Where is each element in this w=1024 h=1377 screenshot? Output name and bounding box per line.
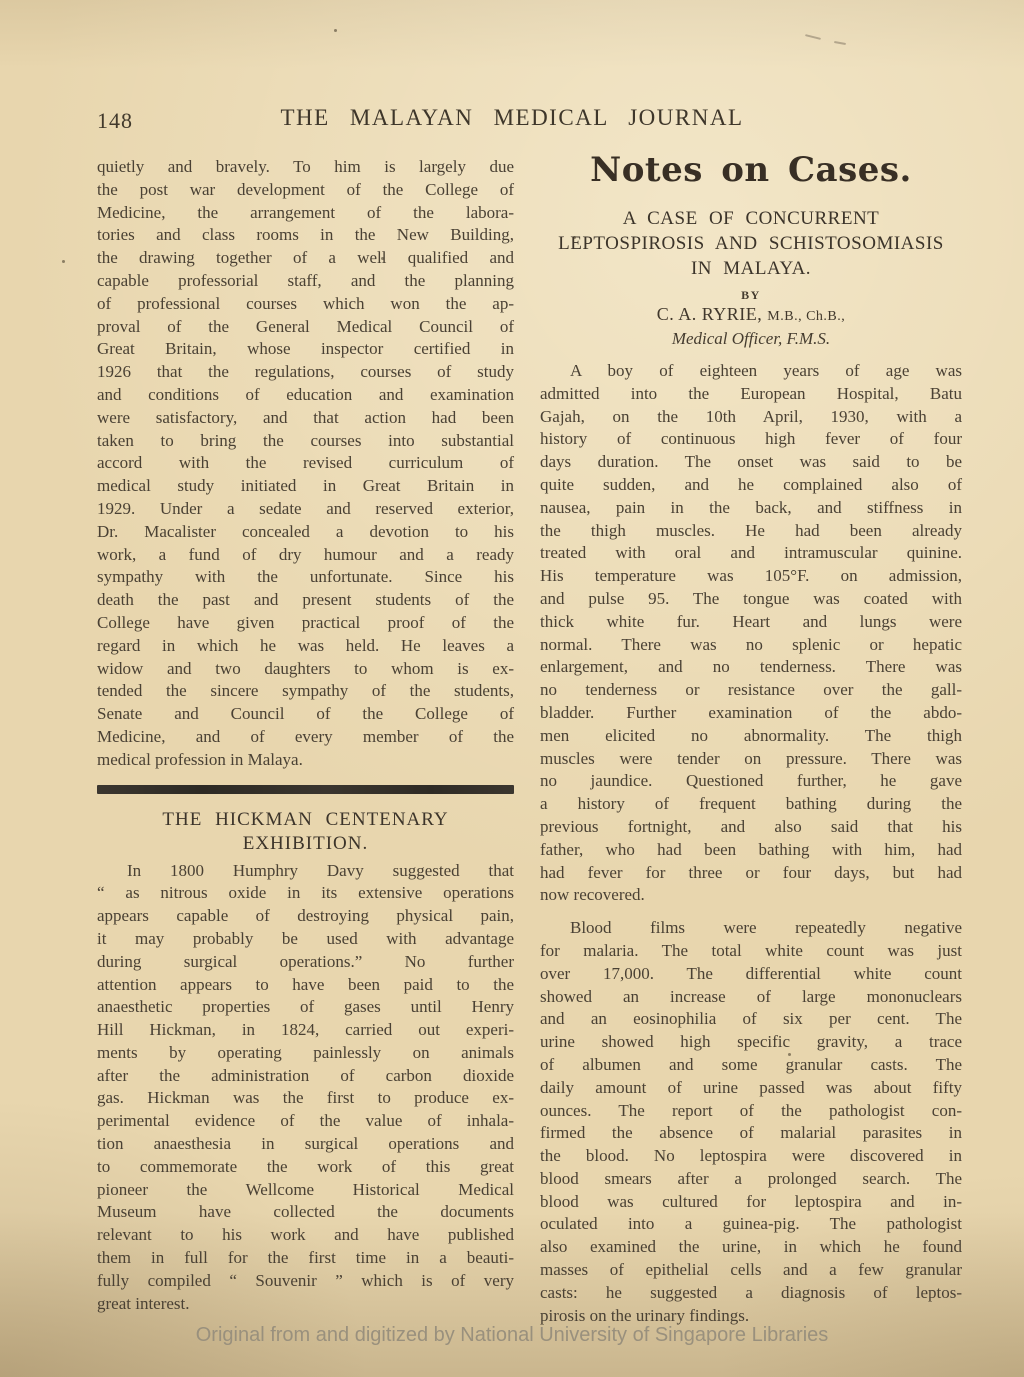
text-line: 1926 that the regulations, courses of st… <box>97 361 514 384</box>
text-line: tion anaesthesia in surgical operations … <box>97 1133 514 1156</box>
text-line: days duration. The onset was said to be <box>540 451 962 474</box>
text-line: during surgical operations.” No further <box>97 951 514 974</box>
text-line: them in full for the first time in a bea… <box>97 1247 514 1270</box>
notes-on-cases-heading: Notes on Cases. <box>540 150 962 190</box>
obituary-continuation-paragraph: quietly and bravely. To him is largely d… <box>97 156 514 772</box>
text-line: Gajah, on the 10th April, 1930, with a <box>540 406 962 429</box>
pencil-mark <box>834 41 846 45</box>
article-title-line-3: IN MALAYA. <box>540 256 962 281</box>
right-column: Notes on Cases. A CASE OF CONCURRENT LEP… <box>540 150 962 1327</box>
text-line: the post war development of the College … <box>97 179 514 202</box>
text-line: Hill Hickman, in 1824, carried out exper… <box>97 1019 514 1042</box>
text-line: also examined the urine, in which he fou… <box>540 1236 962 1259</box>
text-line: relevant to his work and have published <box>97 1224 514 1247</box>
paper-speck <box>381 257 384 260</box>
text-line: perimental evidence of the value of inha… <box>97 1110 514 1133</box>
text-line: Medicine, the arrangement of the labora- <box>97 202 514 225</box>
text-line: taken to bring the courses into substant… <box>97 430 514 453</box>
text-line: the blood. No leptospira were discovered… <box>540 1145 962 1168</box>
text-line: attention appears to have been paid to t… <box>97 974 514 997</box>
text-line: widow and two daughters to whom is ex- <box>97 658 514 681</box>
article-title-line-2: LEPTOSPIROSIS AND SCHISTOSOMIASIS <box>540 231 962 256</box>
text-line: ments by operating painlessly on animals <box>97 1042 514 1065</box>
text-line: thick white fur. Heart and lungs were <box>540 611 962 634</box>
text-line: medical study initiated in Great Britain… <box>97 475 514 498</box>
text-line: were satisfactory, and that action had b… <box>97 407 514 430</box>
text-line: fully compiled “ Souvenir ” which is of … <box>97 1270 514 1293</box>
text-line: showed an increase of large mononuclears <box>540 986 962 1009</box>
text-line: previous fortnight, and also said that h… <box>540 816 962 839</box>
text-line: of professional courses which won the ap… <box>97 293 514 316</box>
text-line: anaesthetic properties of gases until He… <box>97 996 514 1019</box>
text-line: after the administration of carbon dioxi… <box>97 1065 514 1088</box>
author-role: Medical Officer, F.M.S. <box>540 328 962 350</box>
byline-by-label: BY <box>540 287 962 303</box>
case-paragraph-2: Blood films were repeatedly negativefor … <box>540 917 962 1327</box>
text-line: quietly and bravely. To him is largely d… <box>97 156 514 179</box>
text-line: daily amount of urine passed was about f… <box>540 1077 962 1100</box>
text-line: College have given practical proof of th… <box>97 612 514 635</box>
text-line: Senate and Council of the College of <box>97 703 514 726</box>
text-line: regard in which he was held. He leaves a <box>97 635 514 658</box>
text-line: and pulse 95. The tongue was coated with <box>540 588 962 611</box>
text-line: “ as nitrous oxide in its extensive oper… <box>97 882 514 905</box>
case-paragraph-1: A boy of eighteen years of age wasadmitt… <box>540 360 962 907</box>
text-line: and an eosinophilia of six per cent. The <box>540 1008 962 1031</box>
paper-speck <box>573 236 576 239</box>
text-line: father, who had been bathing with him, h… <box>540 839 962 862</box>
hickman-heading-line-2: EXHIBITION. <box>97 832 514 856</box>
text-line: Blood films were repeatedly negative <box>540 917 962 940</box>
text-line: masses of epithelial cells and a few gra… <box>540 1259 962 1282</box>
text-line: 1929. Under a sedate and reserved exteri… <box>97 498 514 521</box>
text-line: had fever for three or four days, but ha… <box>540 862 962 885</box>
text-line: A boy of eighteen years of age was <box>540 360 962 383</box>
text-line: In 1800 Humphry Davy suggested that <box>97 860 514 883</box>
author-degrees: M.B., Ch.B., <box>767 309 845 324</box>
text-line: blood was cultured for leptospira and in… <box>540 1191 962 1214</box>
text-line: over 17,000. The differential white coun… <box>540 963 962 986</box>
text-line: the drawing together of a well qualified… <box>97 247 514 270</box>
text-line: Medicine, and of every member of the <box>97 726 514 749</box>
journal-page: 148 THE MALAYAN MEDICAL JOURNAL quietly … <box>0 0 1024 1377</box>
text-line: quite sudden, and he complained also of <box>540 474 962 497</box>
text-line: history of continuous high fever of four <box>540 428 962 451</box>
author-name: C. A. RYRIE, <box>657 304 763 324</box>
text-line: treated with oral and intramuscular quin… <box>540 542 962 565</box>
text-line: muscles were tender on pressure. There w… <box>540 748 962 771</box>
text-line: sympathy with the unfortunate. Since his <box>97 566 514 589</box>
text-line: pioneer the Wellcome Historical Medical <box>97 1179 514 1202</box>
text-line: firmed the absence of malarial parasites… <box>540 1122 962 1145</box>
paper-speck <box>62 260 65 263</box>
text-line: Great Britain, whose inspector certified… <box>97 338 514 361</box>
text-line: His temperature was 105°F. on admission, <box>540 565 962 588</box>
pencil-mark <box>805 34 821 40</box>
text-line: it may probably be used with advantage <box>97 928 514 951</box>
text-line: no jaundice. Questioned further, he gave <box>540 770 962 793</box>
article-title-line-1: A CASE OF CONCURRENT <box>540 206 962 231</box>
section-divider-bar <box>97 785 514 794</box>
text-line: for malaria. The total white count was j… <box>540 940 962 963</box>
text-line: enlargement, and no tenderness. There wa… <box>540 656 962 679</box>
text-line: and conditions of education and examinat… <box>97 384 514 407</box>
text-line: proval of the General Medical Council of <box>97 316 514 339</box>
text-line: Dr. Macalister concealed a devotion to h… <box>97 521 514 544</box>
text-line: ounces. The report of the pathologist co… <box>540 1100 962 1123</box>
text-line: Museum have collected the documents <box>97 1201 514 1224</box>
text-line: the thigh muscles. He had been already <box>540 520 962 543</box>
hickman-heading-line-1: THE HICKMAN CENTENARY <box>97 808 514 832</box>
text-line: urine showed high specific gravity, a tr… <box>540 1031 962 1054</box>
text-line: bladder. Further examination of the abdo… <box>540 702 962 725</box>
text-line: tories and class rooms in the New Buildi… <box>97 224 514 247</box>
paper-speck <box>334 29 337 32</box>
text-line: tended the sincere sympathy of the stude… <box>97 680 514 703</box>
text-line: to commemorate the work of this great <box>97 1156 514 1179</box>
digitization-footer: Original from and digitized by National … <box>0 1324 1024 1347</box>
text-line: men elicited no abnormality. The thigh <box>540 725 962 748</box>
text-line: now recovered. <box>540 884 962 907</box>
text-line: medical profession in Malaya. <box>97 749 514 772</box>
text-line: of albumen and some granular casts. The <box>540 1054 962 1077</box>
paper-speck <box>788 1053 791 1056</box>
left-column: quietly and bravely. To him is largely d… <box>97 156 514 1315</box>
text-line: oculated into a guinea-pig. The patholog… <box>540 1213 962 1236</box>
text-line: accord with the revised curriculum of <box>97 452 514 475</box>
text-line: no tenderness or resistance over the gal… <box>540 679 962 702</box>
text-line: casts: he suggested a diagnosis of lepto… <box>540 1282 962 1305</box>
author-line: C. A. RYRIE, M.B., Ch.B., <box>540 303 962 328</box>
hickman-exhibition-paragraph: In 1800 Humphry Davy suggested that“ as … <box>97 860 514 1316</box>
text-line: blood smears after a prolonged search. T… <box>540 1168 962 1191</box>
text-line: gas. Hickman was the first to produce ex… <box>97 1087 514 1110</box>
text-line: appears capable of destroying physical p… <box>97 905 514 928</box>
hickman-exhibition-heading: THE HICKMAN CENTENARY EXHIBITION. <box>97 808 514 856</box>
text-line: a history of frequent bathing during the <box>540 793 962 816</box>
text-line: nausea, pain in the back, and stiffness … <box>540 497 962 520</box>
journal-title: THE MALAYAN MEDICAL JOURNAL <box>0 105 1024 131</box>
text-line: death the past and present students of t… <box>97 589 514 612</box>
article-title: A CASE OF CONCURRENT LEPTOSPIROSIS AND S… <box>540 206 962 281</box>
text-line: capable professorial staff, and the plan… <box>97 270 514 293</box>
text-line: normal. There was no splenic or hepatic <box>540 634 962 657</box>
text-line: work, a fund of dry humour and a ready <box>97 544 514 567</box>
text-line: admitted into the European Hospital, Bat… <box>540 383 962 406</box>
text-line: great interest. <box>97 1293 514 1316</box>
